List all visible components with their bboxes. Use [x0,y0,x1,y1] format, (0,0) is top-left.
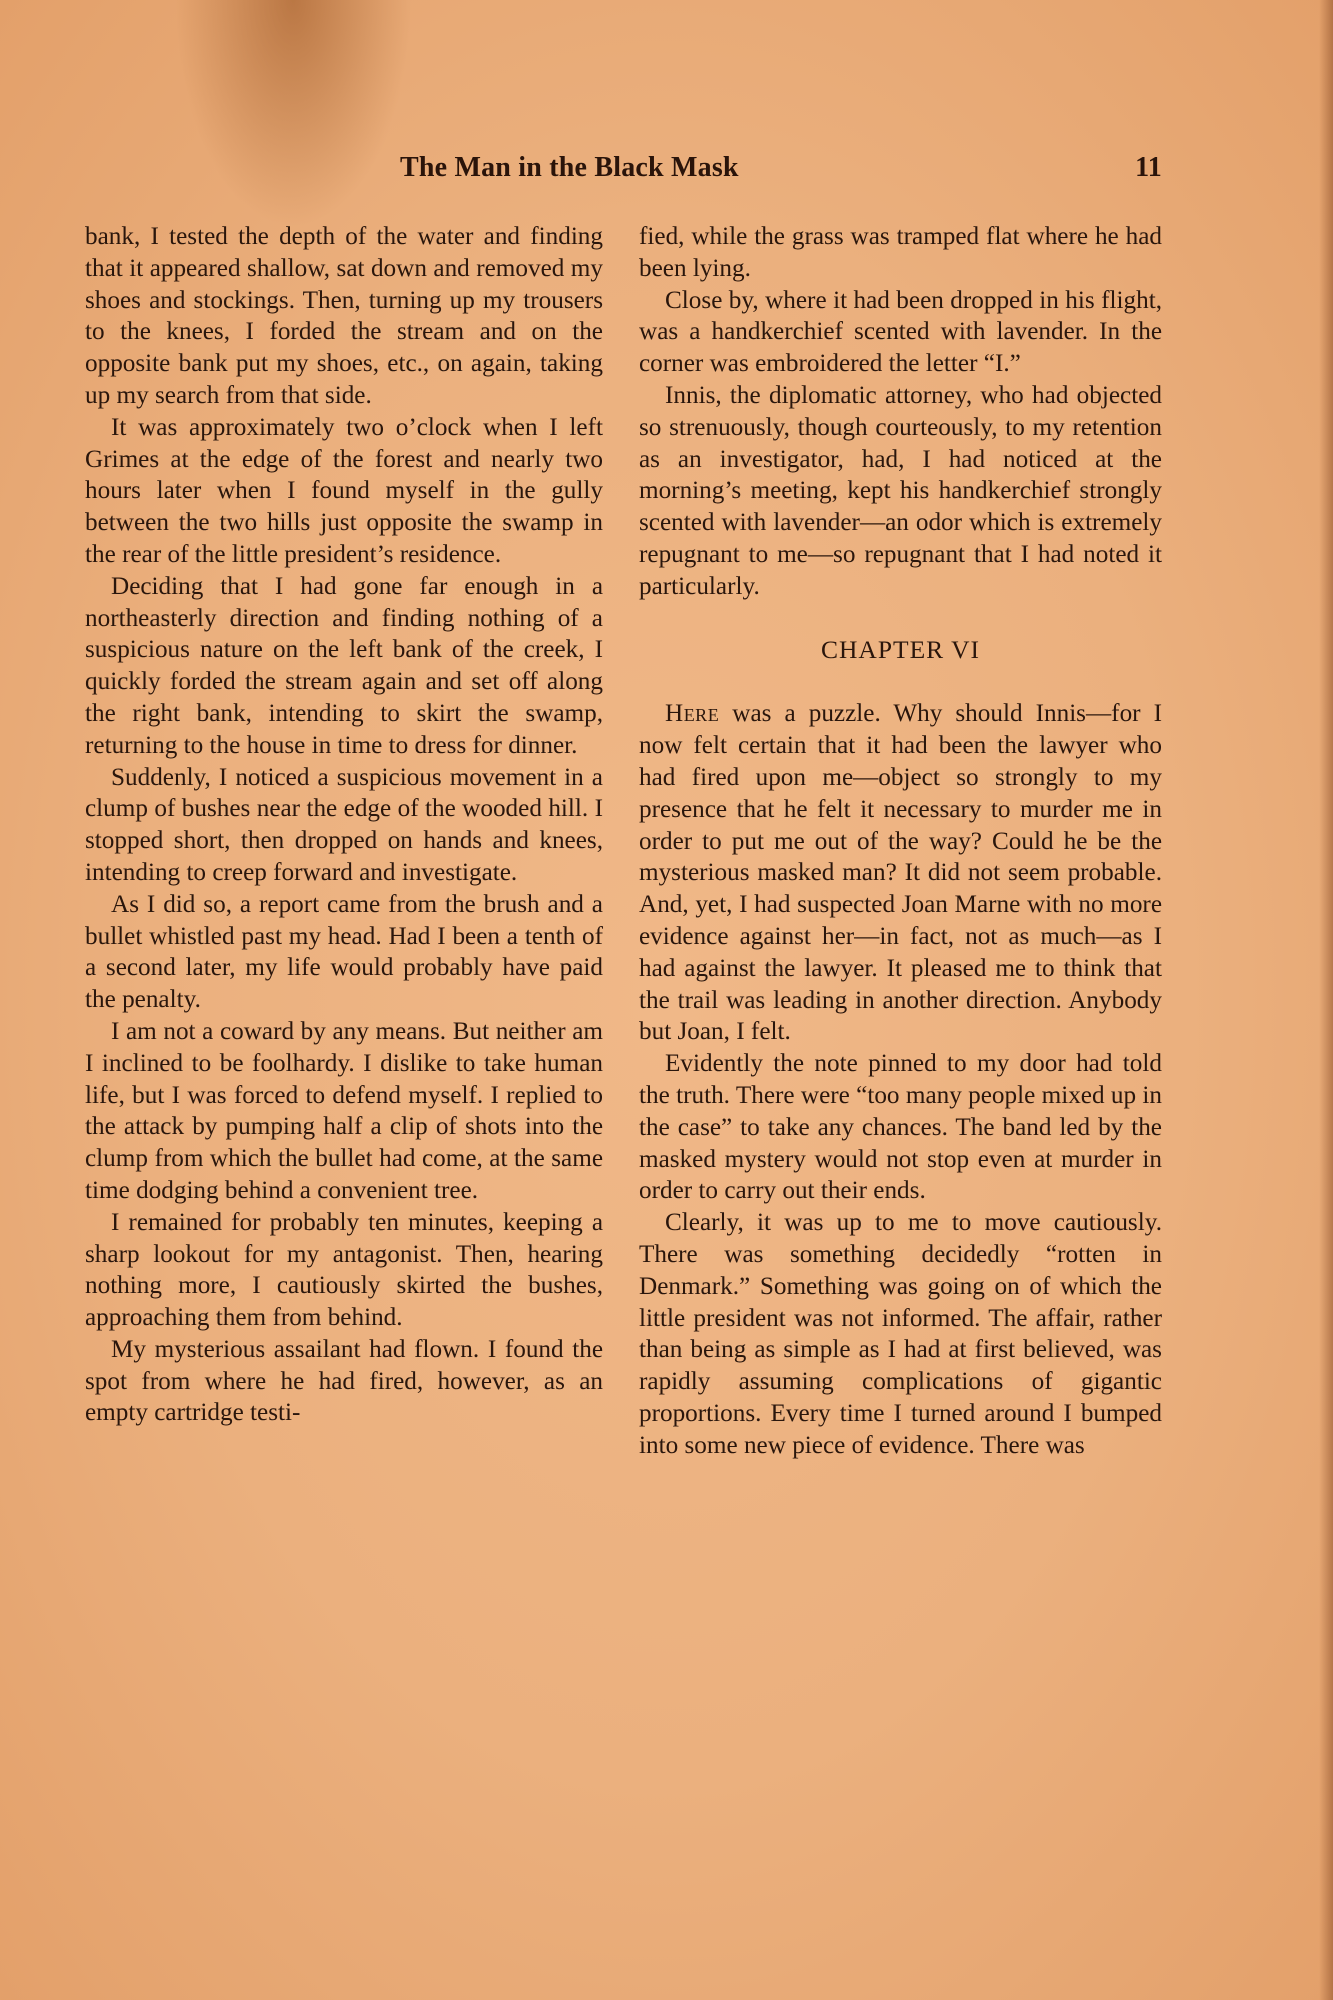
paragraph: fied, while the grass was tramped flat w… [639,221,1162,285]
running-title: The Man in the Black Mask [400,152,739,184]
paragraph: Suddenly, I noticed a suspicious movemen… [85,762,603,889]
paragraph: Innis, the diplomatic attorney, who had … [639,380,1162,603]
chapter-opening-paragraph: Here was a puzzle. Why should Innis—for … [639,698,1162,1048]
running-head: The Man in the Black Mask 11 [400,152,1162,184]
paragraph: I remained for probably ten minutes, kee… [85,1207,603,1334]
left-column: bank, I tested the depth of the water an… [85,221,603,1429]
paragraph: As I did so, a report came from the brus… [85,889,603,1016]
page-number: 11 [1135,152,1162,184]
paragraph: My mysterious assailant had flown. I fou… [85,1334,603,1429]
paragraph: I am not a coward by any means. But neit… [85,1016,603,1207]
chapter-heading: CHAPTER VI [639,634,1162,666]
paragraph: Clearly, it was up to me to move cautiou… [639,1207,1162,1461]
paragraph: It was approximately two o’clock when I … [85,412,603,571]
opening-word: Here [665,700,719,727]
paragraph: Close by, where it had been dropped in h… [639,285,1162,380]
book-page: The Man in the Black Mask 11 bank, I tes… [0,0,1333,2000]
paragraph: Evidently the note pinned to my door had… [639,1048,1162,1207]
paragraph: Deciding that I had gone far enough in a… [85,571,603,762]
paragraph: bank, I tested the depth of the water an… [85,221,603,412]
right-column: fied, while the grass was tramped flat w… [639,221,1162,1461]
opening-text: was a puzzle. Why should Innis—for I now… [639,700,1162,1045]
